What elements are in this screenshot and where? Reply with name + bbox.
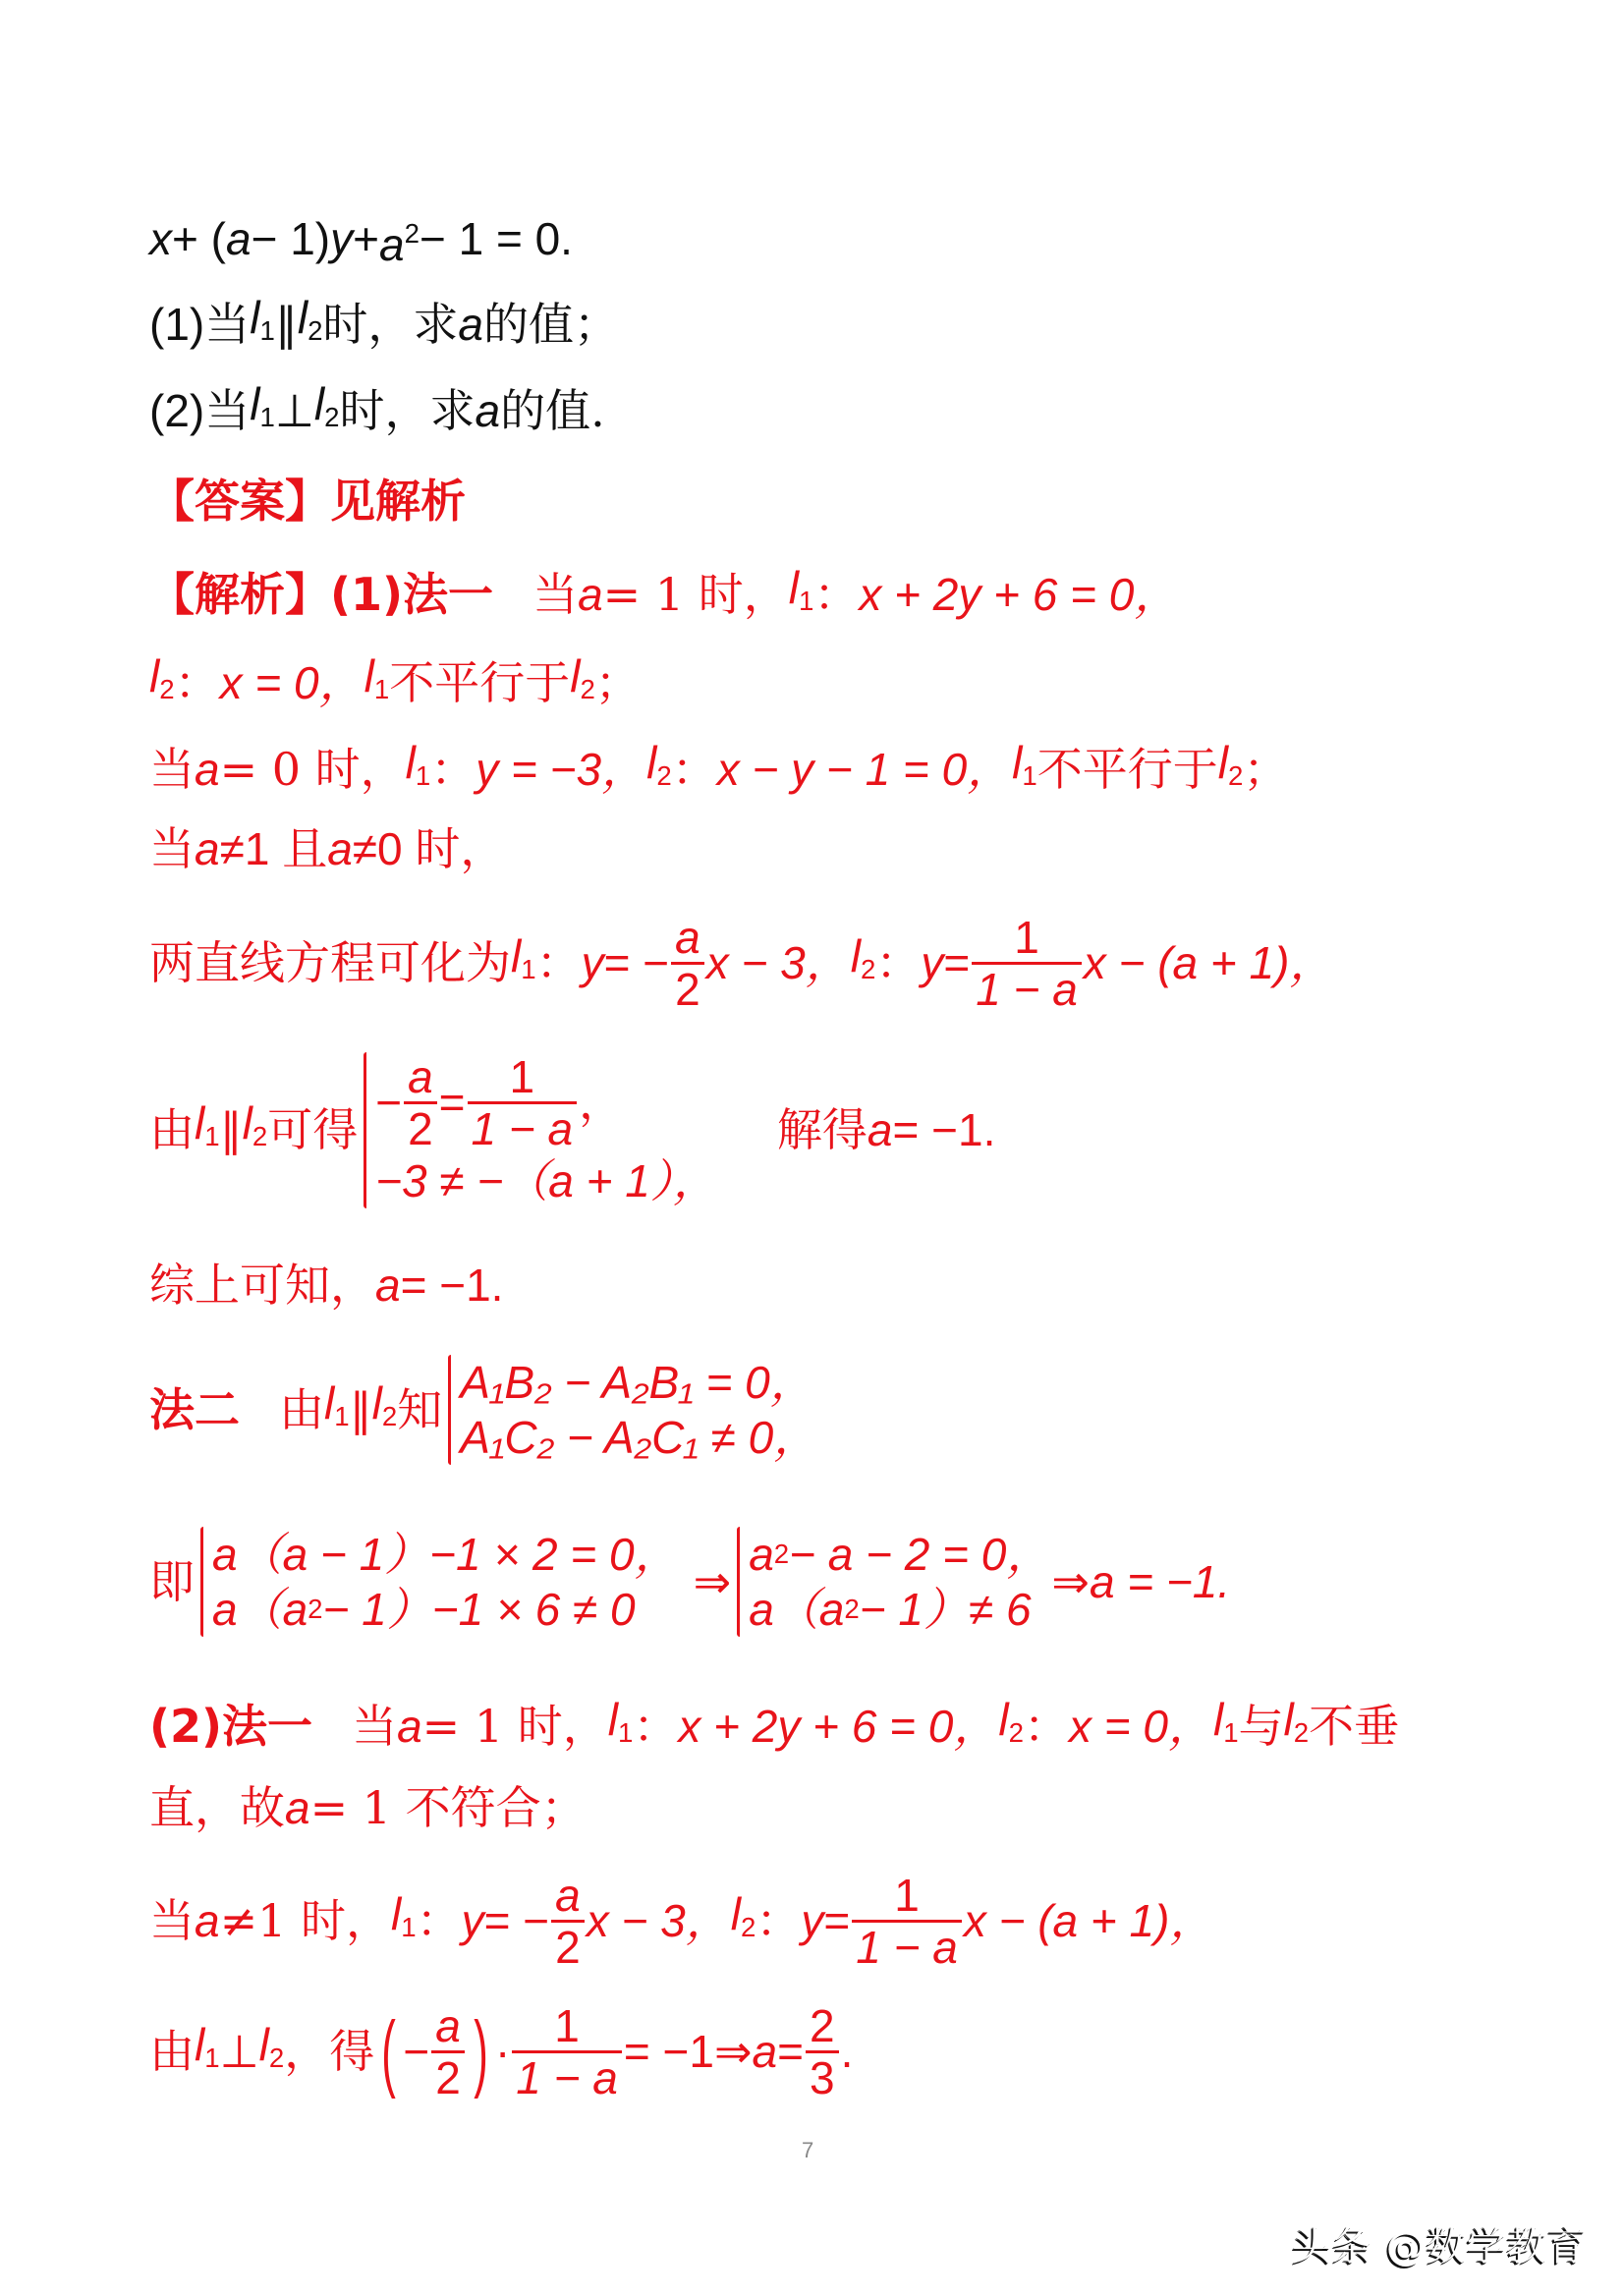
implies-arrow: ⇒: [1051, 1554, 1090, 1609]
equation-system: − a2 = 11 − a ， −3 ≠ −（a + 1），: [358, 1052, 718, 1208]
analysis-line-12: 当 a ≠1 时， l1 ： y = − a2 x − 3， l2 ： y = …: [149, 1872, 1214, 1970]
analysis-label: 【解析】: [149, 567, 330, 622]
analysis-line-5: 两直线方程可化为 l1 ： y = − a2 x − 3， l2 ： y = 1…: [149, 914, 1334, 1012]
right-paren-icon: ): [474, 2024, 488, 2079]
analysis-line-4: 当 a ≠1 且 a ≠0 时，: [149, 821, 505, 876]
document-page: x + ( a − 1) y + a2 − 1 = 0. (1) 当 l1 ∥ …: [0, 0, 1624, 2296]
problem-equation: x + ( a − 1) y + a2 − 1 = 0.: [149, 206, 573, 272]
analysis-line-7: 综上可知， a = −1.: [149, 1258, 503, 1313]
analysis-line-13: 由 l1 ⊥ l2 ，得 ( − a2 ) · 11 − a = −1⇒ a =…: [149, 2002, 853, 2100]
left-paren-icon: (: [382, 2024, 397, 2079]
method-2-label: 法二: [149, 1382, 240, 1437]
analysis-line-3: 当 a = 0 时， l1 ： y = −3， l2 ： x − y − 1 =…: [149, 735, 1288, 804]
fraction-1-over-1-minus-a: 11 − a: [512, 2001, 622, 2102]
analysis-line-9: 即 a（a − 1）−1 × 2 = 0， a（a2 − 1）−1 × 6 ≠ …: [149, 1518, 1230, 1646]
question-2: (2) 当 l1 ⊥ l2 时，求 a 的值.: [149, 376, 605, 445]
part-1-method-1-label: (1)法一: [330, 567, 493, 622]
equation-system: A₁B₂ − A₂B₁ = 0， A₁C₂ − A₂C₁ ≠ 0，: [442, 1355, 818, 1465]
page-number: 7: [802, 2138, 813, 2163]
implies-arrow: ⇒: [694, 1554, 732, 1609]
answer-line: 【答案】 见解析: [149, 474, 466, 529]
watermark: 头条 @数学教育: [1292, 2215, 1588, 2271]
fraction-a-over-2: a2: [671, 913, 704, 1014]
left-brace-icon: [731, 1527, 745, 1637]
fraction-1-over-1-minus-a: 11 − a: [972, 913, 1082, 1014]
left-brace-icon: [195, 1527, 208, 1637]
question-1: (1) 当 l1 ∥ l2 时，求 a 的值；: [149, 290, 619, 359]
analysis-line-10: (2)法一 当 a = 1 时， l1 ： x + 2y + 6 = 0， l2…: [149, 1692, 1399, 1761]
answer-text: 见解析: [330, 474, 466, 529]
fraction-a-over-2: a2: [431, 2001, 465, 2102]
fraction-2-over-3: 23: [806, 2001, 839, 2102]
equation-system: a2 − a − 2 = 0， a（a2 − 1）≠ 6: [731, 1527, 1051, 1637]
fraction-1-over-1-minus-a: 11 − a: [852, 1871, 962, 1972]
equation-system: a（a − 1）−1 × 2 = 0， a（a2 − 1）−1 × 6 ≠ 0: [195, 1527, 680, 1637]
left-brace-icon: [358, 1052, 371, 1208]
analysis-line-1: 【解析】 (1)法一 当 a = 1 时， l1 ： x + 2y + 6 = …: [149, 560, 1179, 629]
fraction-a-over-2: a2: [551, 1871, 585, 1972]
analysis-line-8: 法二 由 l1 ∥ l2 知 A₁B₂ − A₂B₁ = 0， A₁C₂ − A…: [149, 1346, 818, 1474]
part-2-method-1-label: (2)法一: [149, 1699, 312, 1754]
answer-label: 【答案】: [149, 474, 330, 529]
analysis-line-11: 直，故 a = 1 不符合；: [149, 1780, 587, 1835]
left-brace-icon: [442, 1355, 456, 1465]
analysis-line-6: 由 l1 ∥ l2 可得 − a2 = 11 − a ， −3 ≠ −（a + …: [149, 1051, 995, 1208]
analysis-line-2: l2 ： x = 0， l1 不平行于 l2 ；: [149, 648, 641, 717]
